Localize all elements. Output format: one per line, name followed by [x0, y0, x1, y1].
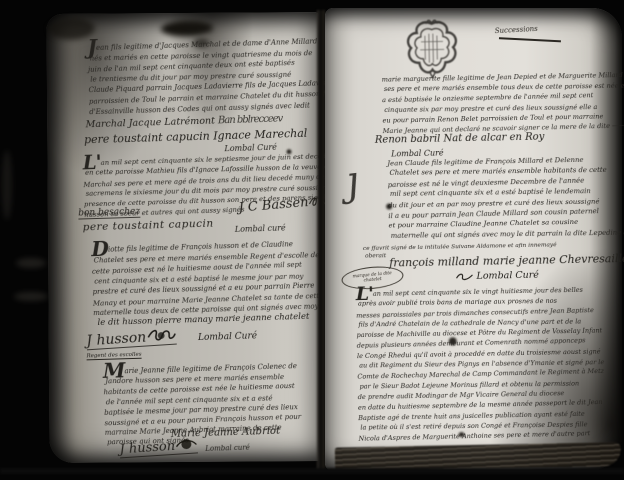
signature-lombal-cure-6: Lombal Curé — [455, 270, 539, 283]
margin-smudge — [16, 258, 46, 268]
scan-bottom-shadow — [0, 468, 624, 474]
scribble-icon — [455, 272, 473, 281]
signature-lombal-cure-3: Lombal Curé — [198, 331, 257, 343]
swash-capital-J: ȷ — [343, 158, 361, 205]
folio-annotation: Successions — [495, 25, 538, 35]
manuscript-page-right: Successions marie marguerite fille legit… — [325, 8, 622, 471]
right-signature-row-1: Renon babril Nat de alcar en Roy — [375, 131, 545, 145]
signature-lombal-cure-2: Lombal curé — [235, 223, 286, 234]
right-paragraph-2: Jean Claude fils legitime de François Mi… — [387, 153, 624, 241]
paraph-knot-icon — [146, 326, 177, 344]
signature-lombal-cure: Lombal Curé — [224, 143, 277, 154]
overwritten-scribble: Ban bblrecceev — [218, 113, 283, 126]
annotation-underline — [499, 37, 561, 42]
right-page-content: Successions marie marguerite fille legit… — [322, 4, 624, 473]
signature-text: Lombal Curé — [476, 270, 539, 282]
signature-j-husson: J husson — [86, 326, 177, 351]
ink-blotch — [161, 19, 213, 37]
paraph-knot-icon — [175, 436, 198, 451]
manuscript-page-left: Jean fils legitime d'Jacques Marchal et … — [46, 12, 323, 463]
archival-scan-viewport: Jean fils legitime d'Jacques Marchal et … — [0, 0, 624, 480]
margin-smudge — [14, 292, 48, 301]
right-paragraph-1: marie marguerite fille legitime de Jean … — [382, 70, 624, 136]
signature-marchal: Marchal Jacque Latrémont — [85, 115, 215, 130]
left-page-content: Jean fils legitime d'Jacques Marchal et … — [42, 8, 329, 465]
signature-j-husson-2: J husson — [119, 436, 198, 458]
left-paragraph-3: Diotte fils legitime de François husson … — [91, 238, 324, 318]
right-paragraph-3: L'an mil sept cent cinquante six le ving… — [356, 284, 606, 443]
signature-text: J husson — [119, 439, 175, 458]
signature-pere-toussaint-2: pere toustaint capucin — [83, 218, 214, 234]
signature-besachez: bon besachez — [78, 207, 140, 220]
signature-lombal-cure-4: Lombal curé — [205, 444, 250, 453]
left-paragraph-1: Jean fils legitime d'Jacques Marchal et … — [87, 36, 338, 117]
margin-smudge — [2, 150, 12, 220]
signature-text: J husson — [86, 330, 147, 350]
